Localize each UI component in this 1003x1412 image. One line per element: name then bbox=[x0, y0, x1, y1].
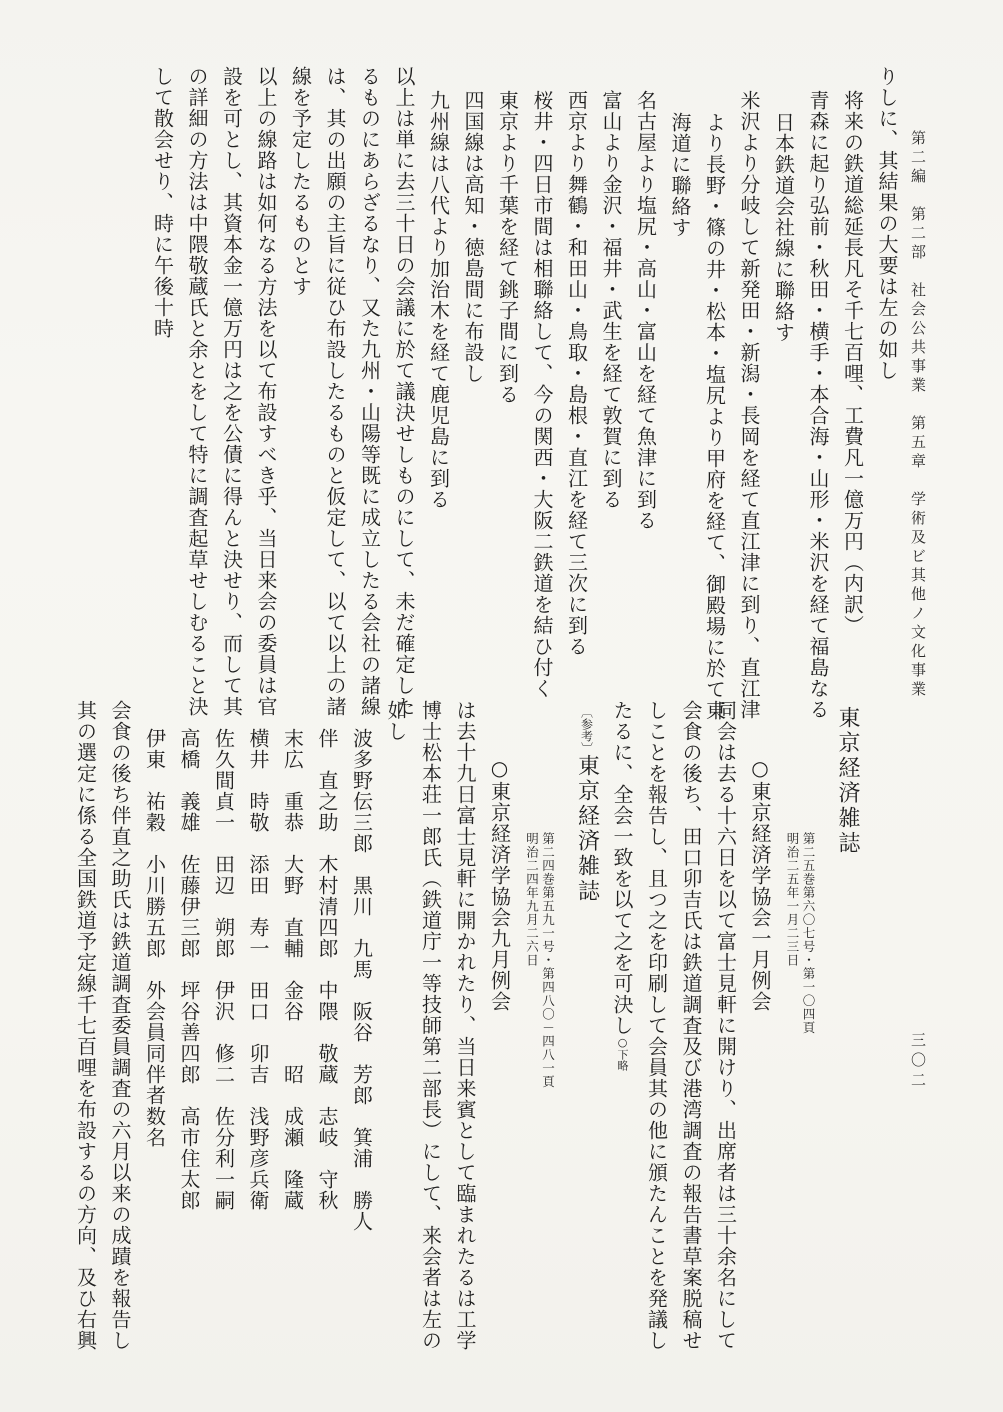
text-column-body: るものにあらざるなり、又た九州・山陽等既に成立したる会社の諸線 bbox=[345, 64, 380, 724]
text-column-citation: 第二五巻第六〇七号・第一〇四頁明治二五年一月二三日 bbox=[770, 698, 816, 1358]
text-column-body: たるに、全会一致を以て之を可決し○下略 bbox=[598, 698, 633, 1358]
text-column-item: 青森に起り弘前・秋田・横手・本合海・山形・米沢を経て福島なる bbox=[794, 64, 829, 724]
text-column-name-row: 末広 重恭 大野 直輔 金谷 昭 成瀬 隆蔵 bbox=[268, 698, 303, 1358]
text-column-name-row: 高橋 義雄 佐藤伊三郎 坪谷善四郎 高市住太郎 bbox=[165, 698, 200, 1358]
text-column-item-cont: 海道に聯絡す bbox=[656, 64, 691, 724]
text-column-item: 富山より金沢・福井・武生を経て敦賀に到る bbox=[587, 64, 622, 724]
text-column-body: しことを報告し、且つ之を印刷して会員其の他に頒たんことを発議し bbox=[632, 698, 667, 1358]
text-column-item: 将来の鉄道総延長凡そ千七百哩、工費凡一億万円（内訳） bbox=[828, 64, 863, 724]
text-column-journal-title: 〔参考〕東京経済雑誌 bbox=[556, 698, 598, 1358]
text-column-meeting-heading: ○東京経済学協会九月例会 bbox=[475, 698, 510, 1358]
text-column-body: 設を可とし、其資本金一億万円は之を公債に得んと決せり、而して其 bbox=[207, 64, 242, 724]
text-column-meeting-heading: ○東京経済学協会一月例会 bbox=[736, 698, 771, 1358]
text-column-name-row: 波多野伝三郎 黒川 九馬 阪谷 芳郎 箕浦 勝人 bbox=[337, 698, 372, 1358]
text-column-item: 東京より千葉を経て銚子間に到る bbox=[483, 64, 518, 724]
text-column-name-row: 伴 直之助 木村清四郎 中隈 敬蔵 志岐 守秋 bbox=[303, 698, 338, 1358]
text-column-body: は去十九日富士見軒に開かれたり、当日来賓として臨まれたるは工学 bbox=[441, 698, 476, 1358]
text-column-body: 博士松本荘一郎氏（鉄道庁一等技師第二部長）にして、来会者は左の bbox=[406, 698, 441, 1358]
text-column-body: 会食の後ち、田口卯吉氏は鉄道調査及び港湾調査の報告書草案脱稿せ bbox=[667, 698, 702, 1358]
text-column-item-cont: 日本鉄道会社線に聯絡す bbox=[759, 64, 794, 724]
text-column-name-row: 伊東 祐穀 小川勝五郎 外会員同伴者数名 bbox=[130, 698, 165, 1358]
text-column-body: 如し bbox=[372, 698, 407, 1358]
text-column-opening: りしに、其結果の大要は左の如し bbox=[863, 64, 898, 724]
book-page: { "page": { "header": "第二編 第二部 社会公共事業 第五… bbox=[0, 0, 1003, 1412]
text-column-item: 桜井・四日市間は相聯絡して、今の関西・大阪二鉄道を結ひ付く bbox=[518, 64, 553, 724]
text-column-body: 同会は去る十六日を以て富士見軒に開けり、出席者は三十余名にして bbox=[701, 698, 736, 1358]
text-column-citation: 第二四巻第五九一号・第四八〇－四八一頁明治二四年九月二六日 bbox=[510, 698, 556, 1358]
bottom-text-block: 東京経済雑誌第二五巻第六〇七号・第一〇四頁明治二五年一月二三日○東京経済学協会一… bbox=[61, 698, 858, 1358]
text-column-body: 会食の後ち伴直之助氏は鉄道調査委員調査の六月以来の成蹟を報告し bbox=[96, 698, 131, 1358]
text-column-name-row: 横井 時敬 添田 寿一 田口 卯吉 浅野彦兵衛 bbox=[234, 698, 269, 1358]
text-column-item: 西京より舞鶴・和田山・鳥取・島根・直江を経て三次に到る bbox=[552, 64, 587, 724]
text-column-body: して散会せり、時に午後十時 bbox=[138, 64, 173, 724]
running-head: 第二編 第二部 社会公共事業 第五章 学術及ビ其他ノ文化事業 bbox=[908, 130, 929, 700]
text-column-item-cont: より長野・篠の井・松本・塩尻より甲府を経て、御殿場に於て東 bbox=[690, 64, 725, 724]
text-column-name-row: 佐久間貞一 田辺 朔郎 伊沢 修二 佐分利一嗣 bbox=[199, 698, 234, 1358]
text-column-body: の詳細の方法は中隈敬蔵氏と余とをして特に調査起草せしむること決 bbox=[173, 64, 208, 724]
abbreviation-note: ○下略 bbox=[616, 1036, 629, 1071]
text-column-item: 四国線は高知・徳島間に布設し bbox=[449, 64, 484, 724]
text-column-body: 其の選定に係る全国鉄道予定線千七百哩を布設するの方向、及ひ右興 bbox=[61, 698, 96, 1358]
text-column-body: 線を予定したるものとす bbox=[276, 64, 311, 724]
text-column-body: 以上は単に去三十日の会議に於て議決せしものにして、未だ確定した bbox=[380, 64, 415, 724]
reference-label: 〔参考〕 bbox=[580, 706, 594, 754]
text-column-body: 以上の線路は如何なる方法を以て布設すべき乎、当日来会の委員は官 bbox=[242, 64, 277, 724]
text-column-journal-title: 東京経済雑誌 bbox=[816, 698, 858, 1358]
text-column-body: は、其の出願の主旨に従ひ布設したるものと仮定して、以て以上の諸 bbox=[311, 64, 346, 724]
text-column-item: 名古屋より塩尻・高山・富山を経て魚津に到る bbox=[621, 64, 656, 724]
page-number: 三〇二 bbox=[908, 1032, 929, 1092]
text-column-item: 米沢より分岐して新発田・新潟・長岡を経て直江津に到り、直江津 bbox=[725, 64, 760, 724]
top-text-block: りしに、其結果の大要は左の如し将来の鉄道総延長凡そ千七百哩、工費凡一億万円（内訳… bbox=[138, 64, 897, 724]
text-column-item: 九州線は八代より加治木を経て鹿児島に到る bbox=[414, 64, 449, 724]
